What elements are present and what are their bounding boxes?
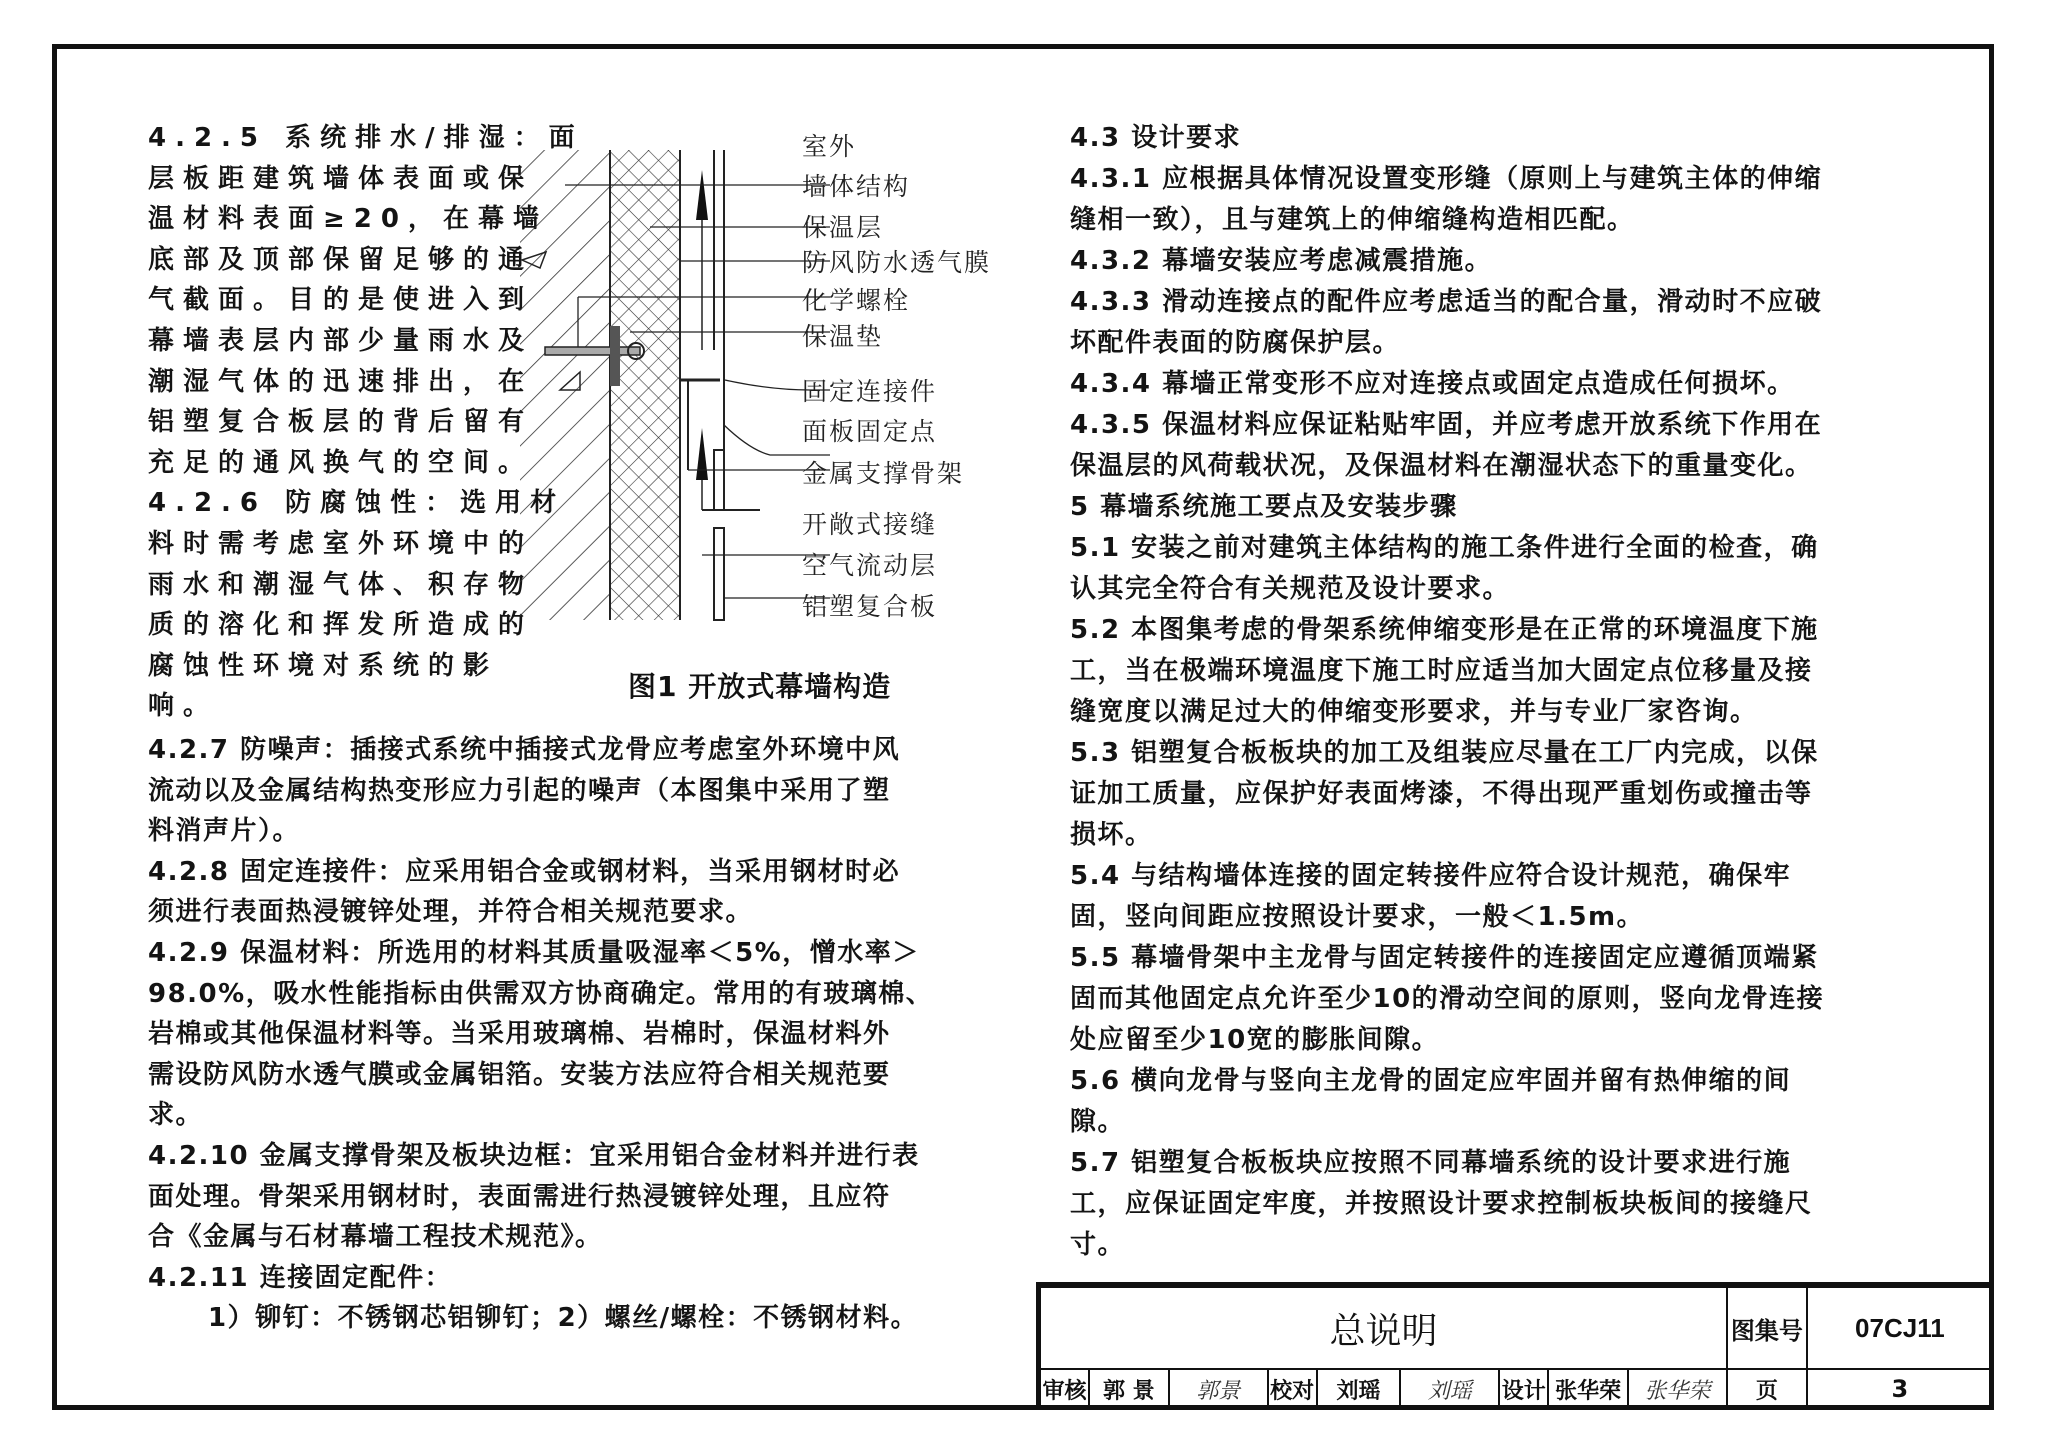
check-signature: 刘瑶 <box>1400 1369 1499 1409</box>
text-line: 求。 <box>148 1095 933 1136</box>
text-line: 合《金属与石材幕墙工程技术规范》。 <box>148 1217 933 1258</box>
text-line: 98.0%，吸水性能指标由供需双方协商确定。常用的有玻璃棉、 <box>148 974 933 1015</box>
text-line: 腐蚀性环境对系统的影 <box>148 646 584 687</box>
text-line: 工，应保证固定牢度，并按照设计要求控制板块板间的接缝尺 <box>1070 1184 1824 1225</box>
figure-label: 金属支撑骨架 <box>802 454 964 490</box>
atlas-no-label: 图集号 <box>1727 1287 1807 1369</box>
text-line: 4.3.3 滑动连接点的配件应考虑适当的配合量，滑动时不应破 <box>1070 282 1824 323</box>
text-line: 认其完全符合有关规范及设计要求。 <box>1070 569 1824 610</box>
text-line: 处应留至少10宽的膨胀间隙。 <box>1070 1020 1824 1061</box>
text-line: 5.4 与结构墙体连接的固定转接件应符合设计规范，确保牢 <box>1070 856 1824 897</box>
text-line: 缝宽度以满足过大的伸缩变形要求，并与专业厂家咨询。 <box>1070 692 1824 733</box>
title-block: 总说明 图集号 07CJ11 审核 郭 景 郭景 校对 刘瑶 刘瑶 设计 张华荣… <box>1036 1282 1994 1410</box>
text-line: 固，竖向间距应按照设计要求，一般＜1.5m。 <box>1070 897 1824 938</box>
text-line: 5.7 铝塑复合板板块应按照不同幕墙系统的设计要求进行施 <box>1070 1143 1824 1184</box>
text-line: 流动以及金属结构热变形应力引起的噪声（本图集中采用了塑 <box>148 771 933 812</box>
page-number: 3 <box>1807 1369 1993 1409</box>
text-line: 4.2.9 保温材料：所选用的材料其质量吸湿率＜5%，憎水率＞ <box>148 933 933 974</box>
figure-label: 固定连接件 <box>802 372 937 408</box>
text-line: 固而其他固定点允许至少10的滑动空间的原则，竖向龙骨连接 <box>1070 979 1824 1020</box>
right-column-text: 4.3 设计要求 4.3.1 应根据具体情况设置变形缝（原则上与建筑主体的伸缩 … <box>1070 118 1824 1266</box>
figure-label: 铝塑复合板 <box>802 587 937 623</box>
text-line: 5.3 铝塑复合板板块的加工及组装应尽量在工厂内完成，以保 <box>1070 733 1824 774</box>
text-line: 响。 <box>148 686 584 727</box>
text-line: 4.3.5 保温材料应保证粘贴牢固，并应考虑开放系统下作用在 <box>1070 405 1824 446</box>
text-line: 岩棉或其他保温材料等。当采用玻璃棉、岩棉时，保温材料外 <box>148 1014 933 1055</box>
text-line: 5.5 幕墙骨架中主龙骨与固定转接件的连接固定应遵循顶端紧 <box>1070 938 1824 979</box>
review-signature: 郭景 <box>1169 1369 1268 1409</box>
text-line: 4.3.1 应根据具体情况设置变形缝（原则上与建筑主体的伸缩 <box>1070 159 1824 200</box>
atlas-no: 07CJ11 <box>1807 1287 1993 1369</box>
design-name: 张华荣 <box>1548 1369 1628 1409</box>
text-line: 寸。 <box>1070 1225 1824 1266</box>
review-label: 审核 <box>1040 1369 1089 1409</box>
review-name: 郭 景 <box>1089 1369 1169 1409</box>
design-label: 设计 <box>1499 1369 1548 1409</box>
figure-label: 室外 <box>802 127 856 163</box>
drawing-title: 总说明 <box>1040 1287 1727 1369</box>
figure-caption: 图1 开放式幕墙构造 <box>628 665 891 705</box>
text-line: 隙。 <box>1070 1102 1824 1143</box>
text-line: 保温层的风荷载状况，及保温材料在潮湿状态下的重量变化。 <box>1070 446 1824 487</box>
figure-label: 面板固定点 <box>802 412 937 448</box>
text-line: 料消声片）。 <box>148 811 933 852</box>
design-signature: 张华荣 <box>1628 1369 1727 1409</box>
check-name: 刘瑶 <box>1317 1369 1401 1409</box>
text-line: 5.6 横向龙骨与竖向主龙骨的固定应牢固并留有热伸缩的间 <box>1070 1061 1824 1102</box>
text-line: 面处理。骨架采用钢材时，表面需进行热浸镀锌处理，且应符 <box>148 1177 933 1218</box>
text-line: 坏配件表面的防腐保护层。 <box>1070 323 1824 364</box>
text-line: 4.2.11 连接固定配件： <box>148 1258 933 1299</box>
text-line: 缝相一致），且与建筑上的伸缩缝构造相匹配。 <box>1070 200 1824 241</box>
text-line: 5.1 安装之前对建筑主体结构的施工条件进行全面的检查，确 <box>1070 528 1824 569</box>
figure-label: 防风防水透气膜 <box>802 243 991 279</box>
section-heading: 5 幕墙系统施工要点及安装步骤 <box>1070 487 1824 528</box>
figure-label: 化学螺栓 <box>802 281 910 317</box>
text-line: 证加工质量，应保护好表面烤漆，不得出现严重划伤或撞击等 <box>1070 774 1824 815</box>
page-label: 页 <box>1727 1369 1807 1409</box>
text-line: 4.3.4 幕墙正常变形不应对连接点或固定点造成任何损坏。 <box>1070 364 1824 405</box>
text-line: 须进行表面热浸镀锌处理，并符合相关规范要求。 <box>148 892 933 933</box>
text-line: 4.3.2 幕墙安装应考虑减震措施。 <box>1070 241 1824 282</box>
text-line: 5.2 本图集考虑的骨架系统伸缩变形是在正常的环境温度下施 <box>1070 610 1824 651</box>
section-heading: 4.3 设计要求 <box>1070 118 1824 159</box>
text-line-indented: 1）铆钉：不锈钢芯铝铆钉；2）螺丝/螺栓：不锈钢材料。 <box>148 1298 933 1339</box>
check-label: 校对 <box>1268 1369 1317 1409</box>
figure-label: 开敞式接缝 <box>802 505 937 541</box>
text-line: 4.2.10 金属支撑骨架及板块边框：宜采用铝合金材料并进行表 <box>148 1136 933 1177</box>
section-drawing <box>510 150 840 630</box>
text-line: 损坏。 <box>1070 815 1824 856</box>
text-line: 4.2.8 固定连接件：应采用铝合金或钢材料，当采用钢材时必 <box>148 852 933 893</box>
figure-label: 空气流动层 <box>802 546 937 582</box>
figure-label: 保温层 <box>802 208 883 244</box>
figure-label: 保温垫 <box>802 317 883 353</box>
text-line: 4.2.7 防噪声：插接式系统中插接式龙骨应考虑室外环境中风 <box>148 730 933 771</box>
left-wide-text: 4.2.7 防噪声：插接式系统中插接式龙骨应考虑室外环境中风 流动以及金属结构热… <box>148 730 933 1339</box>
text-line: 需设防风防水透气膜或金属铝箔。安装方法应符合相关规范要 <box>148 1055 933 1096</box>
text-line: 工，当在极端环境温度下施工时应适当加大固定点位移量及接 <box>1070 651 1824 692</box>
figure-label: 墙体结构 <box>802 167 910 203</box>
